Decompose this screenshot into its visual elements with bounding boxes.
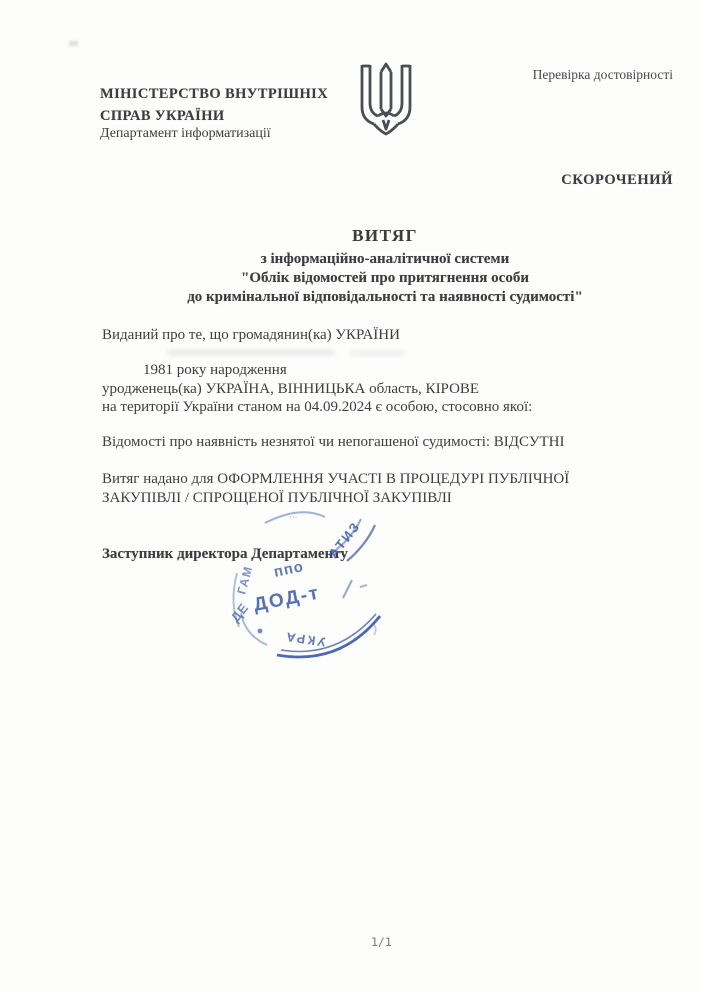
redacted-name-area-2	[350, 350, 405, 356]
stamp-inner-main-text: ДОД-т	[252, 582, 322, 615]
page-number: 1/1	[371, 936, 392, 949]
scanned-document-page: МІНІСТЕРСТВО ВНУТРІШНІХ СПРАВ УКРАЇНИ Де…	[0, 0, 701, 992]
round-official-stamp: ... АТИЗ ГАМ ДЕ ппо ДОД-т УКРА	[225, 501, 390, 667]
stamp-dot	[258, 629, 263, 634]
stamp-arc-bottom-text: УКРА	[283, 629, 326, 649]
stamp-top-dots: ...	[289, 509, 299, 521]
verification-label: Перевірка достовірності	[330, 67, 673, 83]
document-subtitle-3: до кримінальної відповідальності та наяв…	[105, 289, 665, 306]
stamp-arc-left-upper-text: ГАМ	[234, 564, 255, 596]
document-subtitle-1: з інформаційно-аналітичної системи	[105, 251, 665, 268]
stamp-arc-left-lower-text: ДЕ	[228, 600, 252, 625]
birthplace-line: уродженець(ка) УКРАЇНА, ВІННИЦЬКА област…	[102, 381, 479, 398]
document-title: ВИТЯГ	[105, 226, 665, 246]
birth-year-line: 1981 року народження	[143, 362, 287, 379]
stamp-arc-right-text: АТИЗ	[326, 518, 364, 560]
scan-artifact-mark	[69, 41, 78, 46]
as-of-date-line: на території України станом на 04.09.202…	[102, 399, 532, 416]
department-name: Департамент інформатизації	[100, 126, 271, 142]
ministry-name-line1: МІНІСТЕРСТВО ВНУТРІШНІХ	[100, 86, 328, 103]
ministry-name-line2: СПРАВ УКРАЇНИ	[100, 108, 225, 125]
redacted-name-area	[167, 349, 335, 356]
conviction-status-line: Відомості про наявність незнятої чи непо…	[102, 434, 564, 451]
form-type-label: СКОРОЧЕНИЙ	[330, 172, 673, 189]
stamp-inner-top-text: ппо	[272, 558, 305, 581]
purpose-line-1: Витяг надано для ОФОРМЛЕННЯ УЧАСТІ В ПРО…	[102, 471, 569, 488]
issued-to-line: Виданий про те, що громадянин(ка) УКРАЇН…	[102, 327, 400, 344]
document-subtitle-2: "Облік відомостей про притягнення особи	[105, 270, 665, 287]
